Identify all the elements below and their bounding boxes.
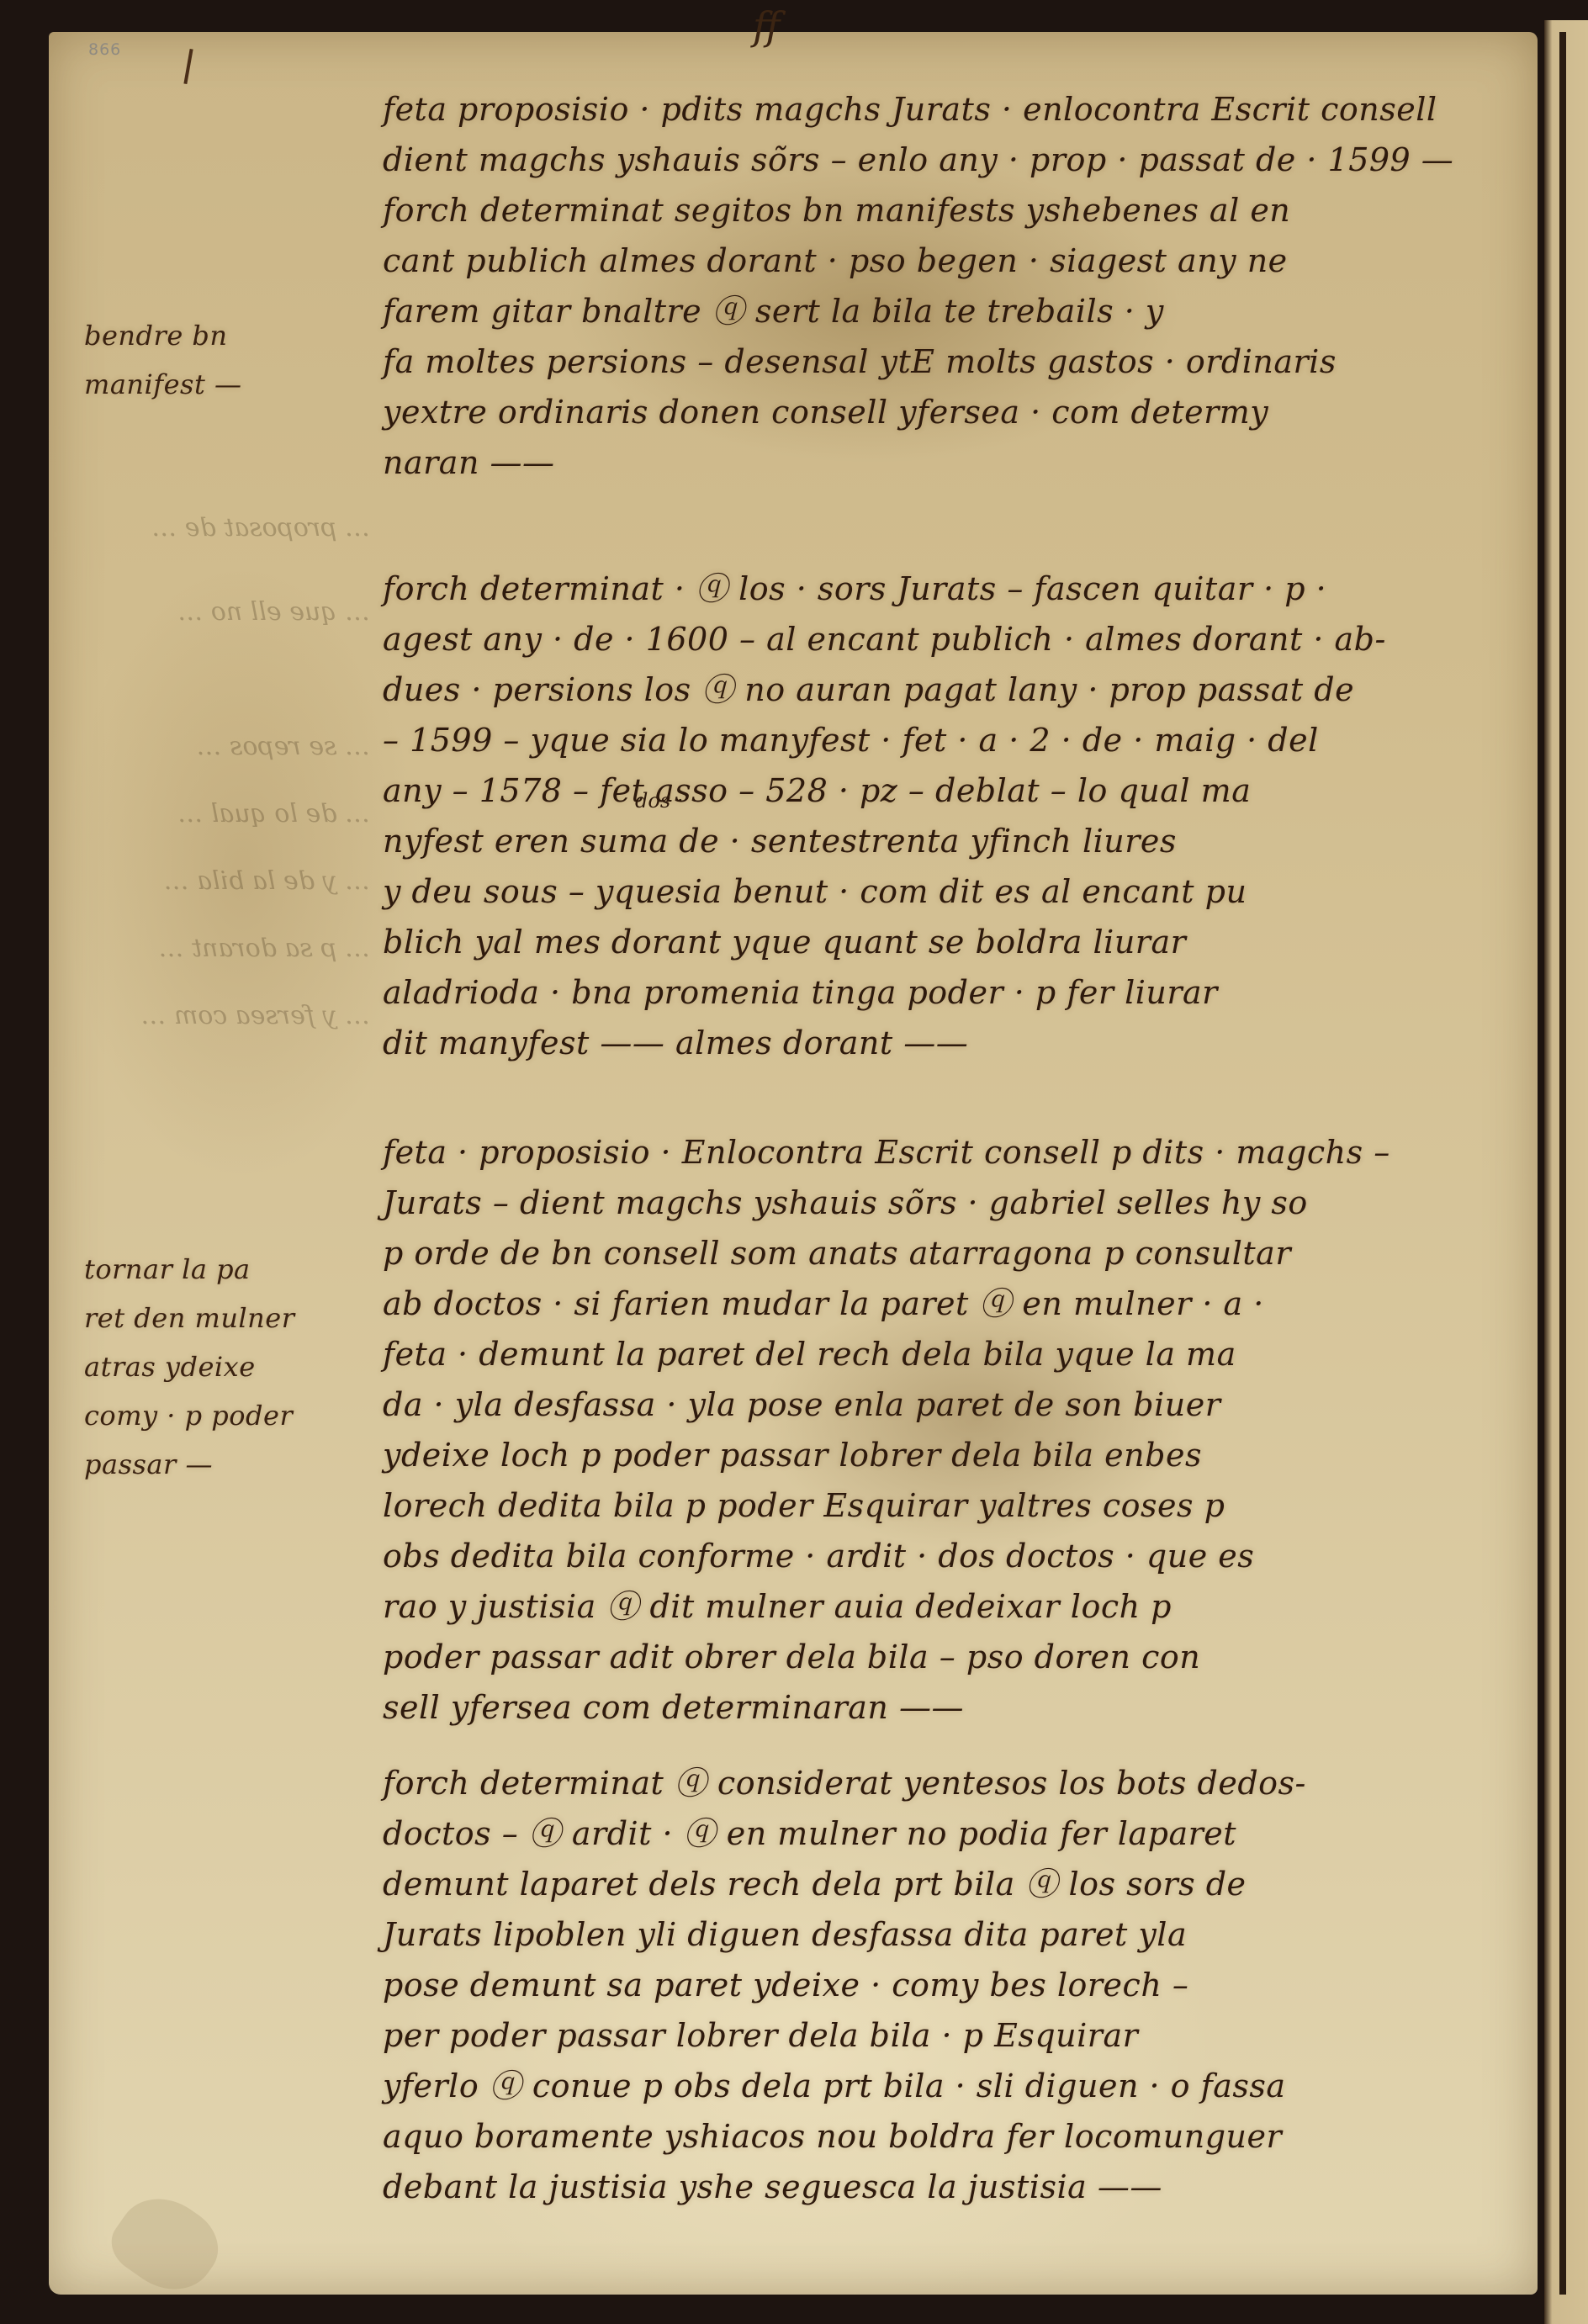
text-line: nyfest eren suma de · sentestrenta yfinc… bbox=[383, 816, 1518, 866]
bleed-through-line: … p sa dorant … bbox=[101, 925, 370, 972]
margin-note-line: manifest — bbox=[84, 360, 370, 409]
text-line: per poder passar lobrer dela bila · p Es… bbox=[383, 2010, 1518, 2061]
text-line: aquo boramente yshiacos nou boldra fer l… bbox=[383, 2111, 1518, 2162]
text-line: demunt laparet dels rech dela prt bila ⓠ… bbox=[383, 1859, 1518, 1909]
text-line: rao y justisia ⓠ dit mulner auia dedeixa… bbox=[383, 1581, 1518, 1632]
text-line: aladrioda · bna promenia tinga poder · p… bbox=[383, 967, 1518, 1018]
margin-note-line: ret den mulner bbox=[84, 1294, 370, 1342]
text-line: naran —— bbox=[383, 437, 1518, 488]
text-line: yextre ordinaris donen consell yfersea ·… bbox=[383, 387, 1518, 437]
folio-mark: ff bbox=[753, 3, 781, 49]
text-line: lorech dedita bila p poder Esquirar yalt… bbox=[383, 1480, 1518, 1531]
text-line: p orde de bn consell som anats atarragon… bbox=[383, 1228, 1518, 1278]
text-line: ab doctos · si farien mudar la paret ⓠ e… bbox=[383, 1278, 1518, 1329]
text-line: forch determinat · ⓠ los · sors Jurats –… bbox=[383, 564, 1518, 614]
text-line: cant publich almes dorant · pso begen · … bbox=[383, 236, 1518, 286]
text-line: any – 1578 – fet asso – 528 · pz – debla… bbox=[383, 765, 1518, 816]
margin-note-line: passar — bbox=[84, 1440, 370, 1489]
text-line: pose demunt sa paret ydeixe · comy bes l… bbox=[383, 1960, 1518, 2010]
text-line: poder passar adit obrer dela bila – pso … bbox=[383, 1632, 1518, 1682]
margin-note-2: tornar la pa ret den mulner atras ydeixe… bbox=[84, 1245, 370, 1489]
text-line: ydeixe loch p poder passar lobrer dela b… bbox=[383, 1430, 1518, 1480]
margin-note-line: tornar la pa bbox=[84, 1245, 370, 1294]
text-line: dues · persions los ⓠ no auran pagat lan… bbox=[383, 664, 1518, 715]
text-line: feta · demunt la paret del rech dela bil… bbox=[383, 1329, 1518, 1379]
text-line: da · yla desfassa · yla pose enla paret … bbox=[383, 1379, 1518, 1430]
text-line: dit manyfest —— almes dorant —— bbox=[383, 1018, 1518, 1068]
bleed-through-line: … proposat de … bbox=[101, 505, 370, 552]
adjacent-page-edge bbox=[1544, 20, 1588, 2324]
minutes-entry-2: forch determinat · ⓠ los · sors Jurats –… bbox=[383, 564, 1518, 1068]
text-line: sell yfersea com determinaran —— bbox=[383, 1682, 1518, 1733]
bleed-through-line: … que ell no … bbox=[101, 589, 370, 636]
text-line: forch determinat segitos bn manifests ys… bbox=[383, 185, 1518, 236]
margin-note-line: bendre bn bbox=[84, 311, 370, 360]
minutes-entry-4: forch determinat ⓠ considerat yentesos l… bbox=[383, 1758, 1518, 2212]
text-line: blich yal mes dorant yque quant se boldr… bbox=[383, 917, 1518, 967]
paper-fold-mark bbox=[101, 2181, 232, 2308]
text-line: farem gitar bnaltre ⓠ sert la bila te tr… bbox=[383, 286, 1518, 336]
margin-note-line: atras ydeixe bbox=[84, 1342, 370, 1391]
text-line: Jurats – dient magchs yshauis sõrs · gab… bbox=[383, 1178, 1518, 1228]
text-line: dient magchs yshauis sõrs – enlo any · p… bbox=[383, 135, 1518, 185]
interlinear-insert: dos · bbox=[635, 789, 683, 813]
text-line: Jurats lipoblen yli diguen desfassa dita… bbox=[383, 1909, 1518, 1960]
bleed-through-line: … se repos … bbox=[101, 723, 370, 770]
margin-note-line: comy · p poder bbox=[84, 1391, 370, 1440]
text-line: obs dedita bila conforme · ardit · dos d… bbox=[383, 1531, 1518, 1581]
text-line: debant la justisia yshe seguesca la just… bbox=[383, 2162, 1518, 2212]
text-line: yferlo ⓠ conue p obs dela prt bila · sli… bbox=[383, 2061, 1518, 2111]
text-line: agest any · de · 1600 – al encant public… bbox=[383, 614, 1518, 664]
bleed-through-line: … y fersea com … bbox=[101, 993, 370, 1040]
bleed-through-line: … y de la bila … bbox=[101, 858, 370, 905]
margin-note-1: bendre bn manifest — bbox=[84, 311, 370, 409]
minutes-entry-1: feta proposisio · pdits magchs Jurats · … bbox=[383, 84, 1518, 488]
text-line: feta proposisio · pdits magchs Jurats · … bbox=[383, 84, 1518, 135]
text-line: y deu sous – yquesia benut · com dit es … bbox=[383, 866, 1518, 917]
text-line: – 1599 – yque sia lo manyfest · fet · a … bbox=[383, 715, 1518, 765]
archive-number: 866 bbox=[88, 40, 121, 59]
bleed-through-line: … de lo qual … bbox=[101, 791, 370, 838]
text-line: feta · proposisio · Enlocontra Escrit co… bbox=[383, 1127, 1518, 1178]
text-line: fa moltes persions – desensal ytE molts … bbox=[383, 336, 1518, 387]
minutes-entry-3: feta · proposisio · Enlocontra Escrit co… bbox=[383, 1127, 1518, 1733]
text-line: doctos – ⓠ ardit · ⓠ en mulner no podia … bbox=[383, 1808, 1518, 1859]
text-line: forch determinat ⓠ considerat yentesos l… bbox=[383, 1758, 1518, 1808]
